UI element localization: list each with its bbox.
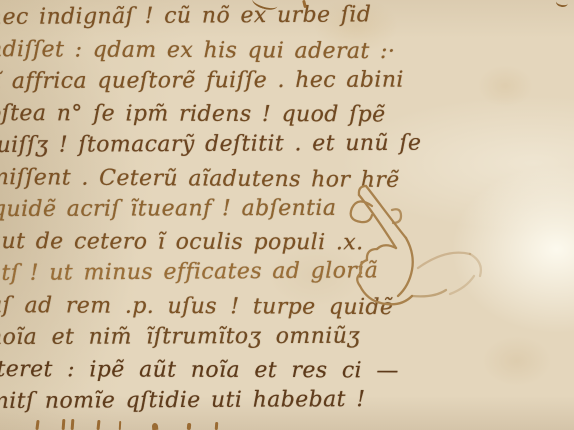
manuscript-line: oſtea n° ſe ipm̃ ridens ! quod ſpẽ [0,98,408,131]
manuscript-line: noĩa et nim̃ ĩſtrumĩtoʒ omniũʒ [0,321,408,354]
manuscript-line: mitſ nomĩe qſtidie uti habebat ! [0,384,408,418]
manuscript-line: ĩ affrica queſtorẽ fuiſſe . hec abini [0,65,408,98]
manuscript-line: ndiſſet : qdam ex his qui aderat :· [0,34,408,68]
manuscript-line: hec indignãſ ! cũ nõ ex urbe ſid [0,0,408,34]
manuscript-line: fuiſſʒ ! ſtomacarỹ deſtitit . et unũ ſe [0,128,408,162]
manuscript-photo: hec indignãſ ! cũ nõ ex urbe ſid ndiſſet… [0,0,574,430]
manicule-icon [332,176,502,316]
manuscript-line: ſteret : ipẽ aũt noĩa et res ci — [0,354,408,387]
